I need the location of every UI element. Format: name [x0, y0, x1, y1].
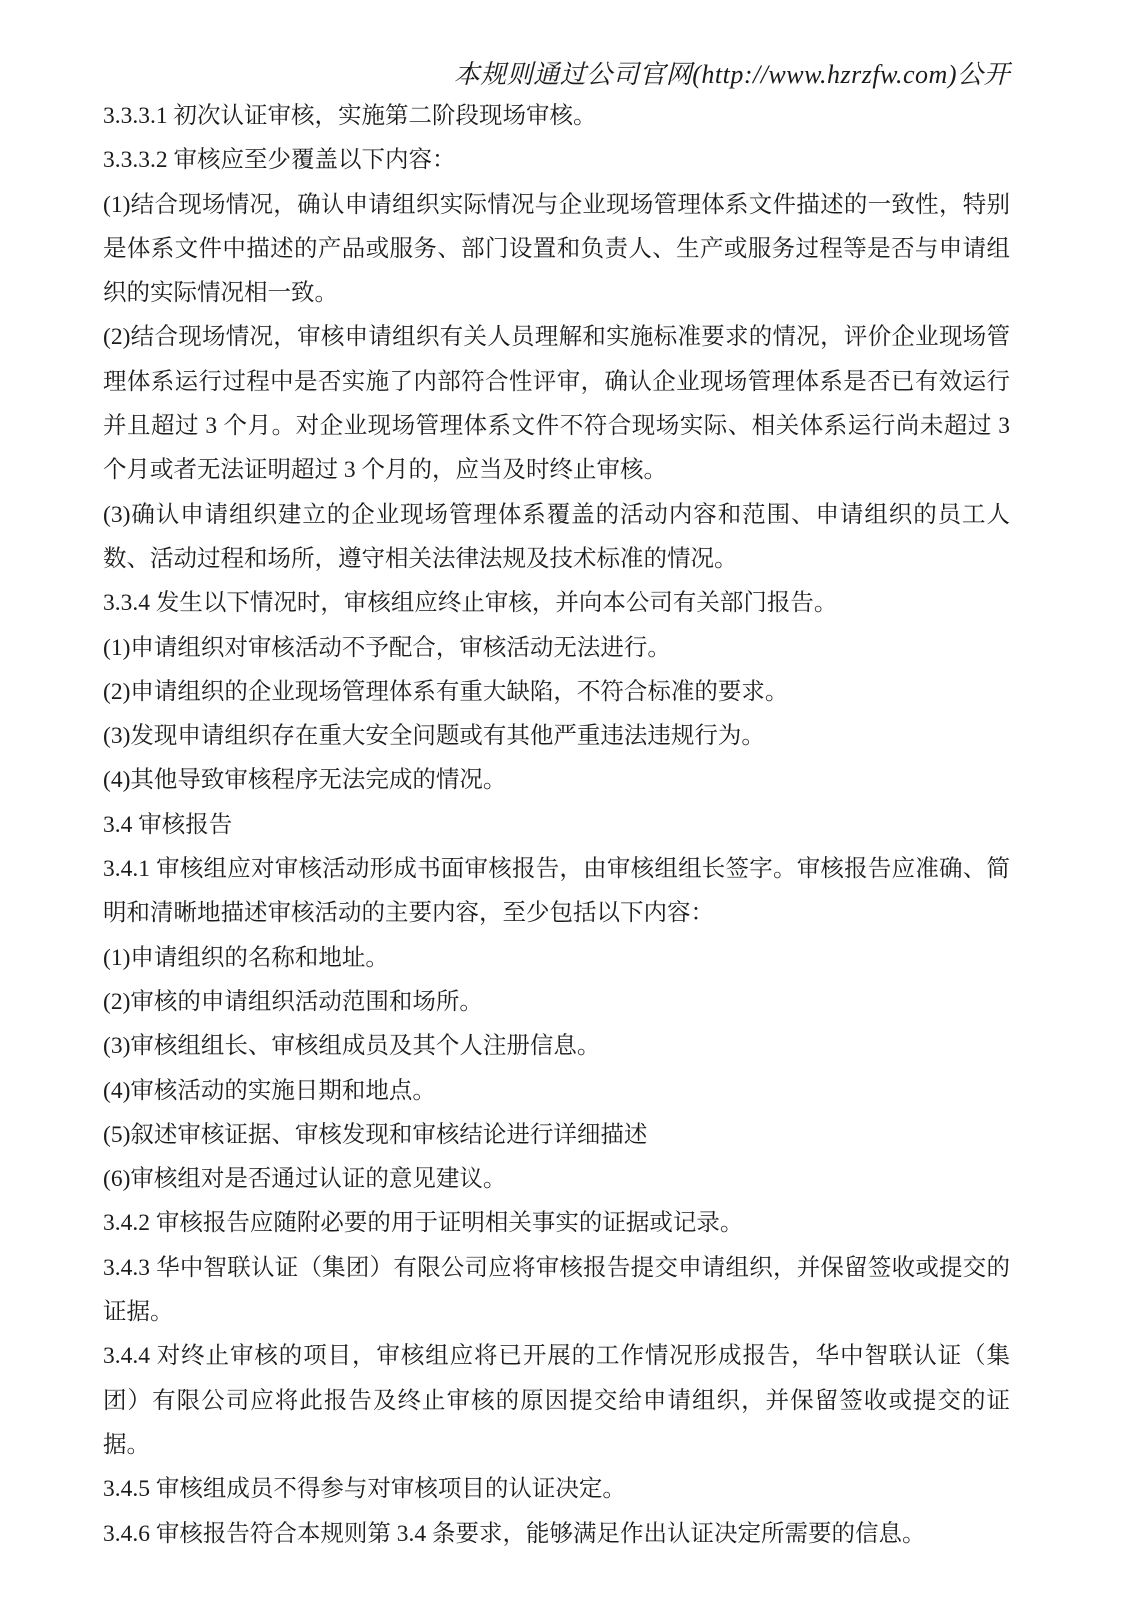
document-body: 3.3.3.1 初次认证审核，实施第二阶段现场审核。3.3.3.2 审核应至少覆… — [103, 94, 1010, 1556]
paragraph: (2)申请组织的企业现场管理体系有重大缺陷，不符合标准的要求。 — [103, 670, 1010, 714]
paragraph: (3)确认申请组织建立的企业现场管理体系覆盖的活动内容和范围、申请组织的员工人数… — [103, 493, 1010, 582]
paragraph: (1)结合现场情况，确认申请组织实际情况与企业现场管理体系文件描述的一致性，特别… — [103, 183, 1010, 316]
paragraph: 3.4.4 对终止审核的项目，审核组应将已开展的工作情况形成报告，华中智联认证（… — [103, 1334, 1010, 1467]
paragraph: (1)申请组织对审核活动不予配合，审核活动无法进行。 — [103, 626, 1010, 670]
paragraph: (4)其他导致审核程序无法完成的情况。 — [103, 758, 1010, 802]
document-page: 本规则通过公司官网(http://www.hzrzfw.com)公开 3.3.3… — [0, 0, 1131, 1600]
paragraph: 3.4.3 华中智联认证（集团）有限公司应将审核报告提交申请组织，并保留签收或提… — [103, 1246, 1010, 1335]
paragraph: 3.4.2 审核报告应随附必要的用于证明相关事实的证据或记录。 — [103, 1201, 1010, 1245]
paragraph: 3.4.5 审核组成员不得参与对审核项目的认证决定。 — [103, 1467, 1010, 1511]
header-note: 本规则通过公司官网(http://www.hzrzfw.com)公开 — [103, 54, 1010, 91]
paragraph: (3)发现申请组织存在重大安全问题或有其他严重违法违规行为。 — [103, 714, 1010, 758]
paragraph: 3.4 审核报告 — [103, 803, 1010, 847]
paragraph: 3.4.6 审核报告符合本规则第 3.4 条要求，能够满足作出认证决定所需要的信… — [103, 1512, 1010, 1556]
paragraph: (4)审核活动的实施日期和地点。 — [103, 1069, 1010, 1113]
paragraph: (6)审核组对是否通过认证的意见建议。 — [103, 1157, 1010, 1201]
paragraph: 3.3.3.2 审核应至少覆盖以下内容： — [103, 138, 1010, 182]
paragraph: (3)审核组组长、审核组成员及其个人注册信息。 — [103, 1024, 1010, 1068]
paragraph: (1)申请组织的名称和地址。 — [103, 936, 1010, 980]
paragraph: (2)结合现场情况，审核申请组织有关人员理解和实施标准要求的情况，评价企业现场管… — [103, 315, 1010, 492]
paragraph: 3.3.3.1 初次认证审核，实施第二阶段现场审核。 — [103, 94, 1010, 138]
paragraph: (2)审核的申请组织活动范围和场所。 — [103, 980, 1010, 1024]
paragraph: 3.4.1 审核组应对审核活动形成书面审核报告，由审核组组长签字。审核报告应准确… — [103, 847, 1010, 936]
paragraph: 3.3.4 发生以下情况时，审核组应终止审核，并向本公司有关部门报告。 — [103, 581, 1010, 625]
paragraph: (5)叙述审核证据、审核发现和审核结论进行详细描述 — [103, 1113, 1010, 1157]
